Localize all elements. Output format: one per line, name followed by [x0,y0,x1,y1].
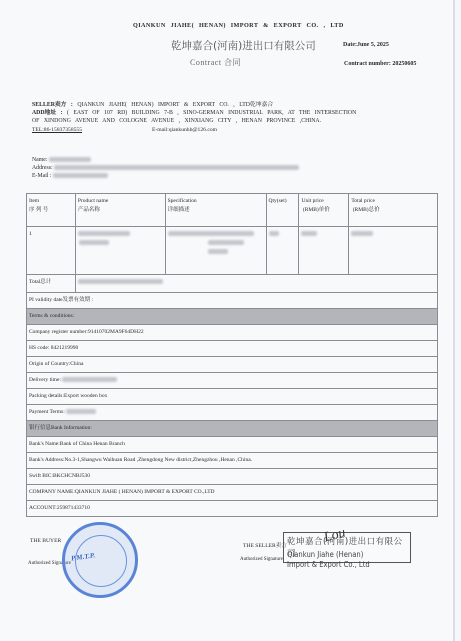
header-specification: Specification详细描述 [165,194,266,227]
cell-qty [266,227,299,275]
redacted-value [54,165,299,170]
contract-number: Contract number: 20250605 [344,61,416,67]
cell-product [75,227,165,275]
buyer-stamp-text: Р.М.Т.Р. [71,551,96,562]
seller-label: SELLER卖方 : [32,102,73,108]
pi-validity-row: PI validity date发票有效期 : [27,293,438,309]
header-product: Product name产品名称 [75,194,165,227]
cell-spec [165,227,266,275]
cell-total-price [349,227,438,275]
bank-row: Bank's Name:Bank of China Henan Branch [27,437,438,453]
header-item: Item序 列 号 [27,194,76,227]
address-label: ADD地址 : [32,110,63,116]
buyer-email-label: E-Mail : [32,173,51,179]
cell-item: 1 [27,227,76,275]
document-title: Contract 合同 [190,57,241,68]
contract-date: Date:June 5, 2025 [343,42,389,48]
total-row: Total总计 [27,275,438,293]
buyer-name-row: Name: [32,156,299,164]
seller-name: QIANKUN JIAHE( HENAN) IMPORT & EXPORT CO… [77,102,273,108]
table-header-row: Item序 列 号 Product name产品名称 Specification… [27,194,438,227]
terms-row: Company register number:91410702MA9F64DH… [27,325,438,341]
bank-row: Bank's Address:No.3-1,Shangwu Waihuan Ro… [27,453,438,469]
buyer-address-label: Address: [32,165,53,171]
seller-phone: TEL:86-15837358555 [32,127,82,133]
buyer-stamp: Р.М.Т.Р. [62,522,138,598]
seller-signature-label: THE SELLER卖方 [243,541,287,549]
bank-header-row: 银行信息Bank Information: [27,421,438,437]
terms-header-row: Terms & conditions: [27,309,438,325]
seller-address: ADD地址 : ( EAST OF 107 RD) BUILDING 7-B ,… [32,110,356,125]
redacted-value [53,173,108,178]
buyer-email-row: E-Mail : [32,172,299,180]
contract-page: QIANKUN JIAHE( HENAN) IMPORT & EXPORT CO… [0,0,455,641]
buyer-name-label: Name: [32,157,47,163]
bank-row: COMPANY NAME:QIANKUN JIAHE ( HENAN) IMPO… [27,485,438,501]
terms-row: Packing details:Export wooden box [27,389,438,405]
terms-row: Payment Terms: [27,405,438,421]
bank-row: ACCOUNT:259871433710 [27,501,438,517]
phone-number: TEL:86-15837358555 [32,127,82,133]
redacted-value [49,157,91,162]
terms-row: HS code: 8421219990 [27,341,438,357]
seller-stamp-en: Qiankun Jiahe (Henan) Import & Export Co… [287,549,388,569]
header-qty: Qty(set) [266,194,299,227]
address-line-2: OF XINDONG AVENUE AND COLOGNE AVENUE , X… [32,118,321,124]
terms-row: Origin of Country:China [27,357,438,373]
buyer-address-row: Address: [32,164,299,172]
header-unit-price: Unit price (RMB)单价 [299,194,349,227]
address-line-1: ( EAST OF 107 RD) BUILDING 7-B , SINO-GE… [67,110,356,116]
total-value [75,275,437,293]
contract-table: Item序 列 号 Product name产品名称 Specification… [26,193,438,517]
buyer-info: Name: Address: E-Mail : [32,156,299,180]
seller-line: SELLER卖方 : QIANKUN JIAHE( HENAN) IMPORT … [32,99,273,108]
terms-row: Delivery time: [27,373,438,389]
seller-email: E-mail:qiankunhb@126.com [152,127,217,133]
seller-stamp: 乾坤嘉合(河南)进出口有限公司 Qiankun Jiahe (Henan) Im… [283,532,411,563]
company-name-cn: 乾坤嘉合(河南)进出口有限公司 [171,38,316,53]
company-name-en: QIANKUN JIAHE( HENAN) IMPORT & EXPORT CO… [133,22,344,29]
buyer-signature-label: THE BUYER [30,538,61,544]
cell-unit-price [299,227,349,275]
bank-row: Swift BIC:BKCHCNBJ530 [27,469,438,485]
table-row: 1 [27,227,438,275]
seller-authorized-signature: Authorized Signature [240,557,283,562]
header-total-price: Total price (RMB)总价 [349,194,438,227]
total-label: Total总计 [27,275,76,293]
